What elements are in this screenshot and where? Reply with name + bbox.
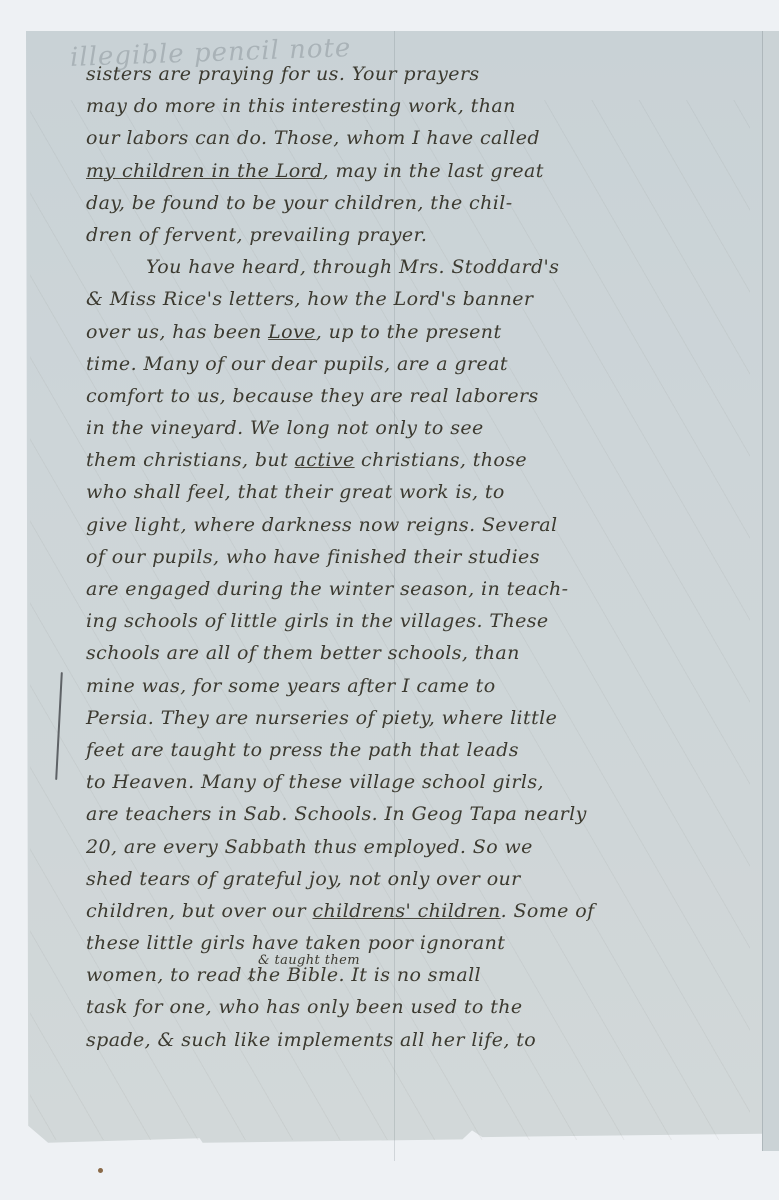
text-segment: , may in the last great: [323, 160, 544, 182]
text-line: who shall feel, that their great work is…: [86, 476, 746, 508]
text-segment: in the vineyard. We long not only to see: [86, 417, 484, 439]
text-segment: them christians, but: [86, 449, 295, 471]
text-segment: ing schools of little girls in the villa…: [86, 610, 549, 632]
text-line: these little girls have taken poor ignor…: [86, 927, 746, 959]
text-line: Persia. They are nurseries of piety, whe…: [86, 702, 746, 734]
text-segment: feet are taught to press the path that l…: [86, 739, 519, 761]
handwritten-text-body: sisters are praying for us. Your prayers…: [86, 58, 746, 1056]
underlined-text: Love: [268, 321, 316, 343]
text-segment: to Heaven. Many of these village school …: [86, 771, 544, 793]
text-segment: spade, & such like implements all her li…: [86, 1029, 536, 1051]
text-segment: sisters are praying for us. Your prayers: [86, 63, 480, 85]
text-line: children, but over our childrens' childr…: [86, 895, 746, 927]
text-line: day, be found to be your children, the c…: [86, 187, 746, 219]
underlined-text: childrens' children: [312, 900, 500, 922]
text-line: time. Many of our dear pupils, are a gre…: [86, 348, 746, 380]
text-line: our labors can do. Those, whom I have ca…: [86, 122, 746, 154]
text-segment: christians, those: [355, 449, 527, 471]
text-line: comfort to us, because they are real lab…: [86, 380, 746, 412]
text-line: 20, are every Sabbath thus employed. So …: [86, 831, 746, 863]
text-line: over us, has been Love, up to the presen…: [86, 316, 746, 348]
text-segment: schools are all of them better schools, …: [86, 642, 520, 664]
text-line: & Miss Rice's letters, how the Lord's ba…: [86, 283, 746, 315]
underlined-text: active: [295, 449, 355, 471]
text-line: mine was, for some years after I came to: [86, 670, 746, 702]
text-segment: shed tears of grateful joy, not only ove…: [86, 868, 521, 890]
text-segment: are engaged during the winter season, in…: [86, 578, 569, 600]
text-segment: comfort to us, because they are real lab…: [86, 385, 539, 407]
text-line: sisters are praying for us. Your prayers: [86, 58, 746, 90]
text-segment: time. Many of our dear pupils, are a gre…: [86, 353, 508, 375]
text-segment: over us, has been: [86, 321, 268, 343]
text-line: You have heard, through Mrs. Stoddard's: [86, 251, 746, 283]
text-line: spade, & such like implements all her li…: [86, 1024, 746, 1056]
text-line: in the vineyard. We long not only to see: [86, 412, 746, 444]
text-line: them christians, but active christians, …: [86, 444, 746, 476]
text-segment: who shall feel, that their great work is…: [86, 481, 505, 503]
text-segment: may do more in this interesting work, th…: [86, 95, 516, 117]
text-line: schools are all of them better schools, …: [86, 637, 746, 669]
text-segment: Persia. They are nurseries of piety, whe…: [86, 707, 557, 729]
text-line: dren of fervent, prevailing prayer.: [86, 219, 746, 251]
text-segment: & Miss Rice's letters, how the Lord's ba…: [86, 288, 533, 310]
text-segment: day, be found to be your children, the c…: [86, 192, 513, 214]
text-line: to Heaven. Many of these village school …: [86, 766, 746, 798]
text-segment: are teachers in Sab. Schools. In Geog Ta…: [86, 803, 587, 825]
adjacent-page-edge: [762, 31, 779, 1151]
text-line: may do more in this interesting work, th…: [86, 90, 746, 122]
text-line: are teachers in Sab. Schools. In Geog Ta…: [86, 798, 746, 830]
text-segment: dren of fervent, prevailing prayer.: [86, 224, 427, 246]
text-segment: You have heard, through Mrs. Stoddard's: [146, 256, 559, 278]
text-segment: give light, where darkness now reigns. S…: [86, 514, 557, 536]
text-segment: mine was, for some years after I came to: [86, 675, 496, 697]
text-segment: , up to the present: [316, 321, 502, 343]
underlined-text: my children in the Lord: [86, 160, 323, 182]
text-line: feet are taught to press the path that l…: [86, 734, 746, 766]
text-line: give light, where darkness now reigns. S…: [86, 509, 746, 541]
paper-stain: [98, 1168, 103, 1173]
text-line: women, to read the Bible. It is no small…: [86, 959, 746, 991]
interlinear-insertion: & taught them: [258, 945, 360, 977]
text-line: ing schools of little girls in the villa…: [86, 605, 746, 637]
caret-mark-icon: ^: [246, 965, 256, 997]
text-segment: task for one, who has only been used to …: [86, 996, 523, 1018]
text-line: of our pupils, who have finished their s…: [86, 541, 746, 573]
text-segment: . Some of: [501, 900, 595, 922]
text-line: are engaged during the winter season, in…: [86, 573, 746, 605]
text-segment: of our pupils, who have finished their s…: [86, 546, 540, 568]
text-line: shed tears of grateful joy, not only ove…: [86, 863, 746, 895]
text-line: task for one, who has only been used to …: [86, 991, 746, 1023]
text-segment: our labors can do. Those, whom I have ca…: [86, 127, 540, 149]
text-segment: children, but over our: [86, 900, 312, 922]
text-segment: 20, are every Sabbath thus employed. So …: [86, 836, 533, 858]
text-line: my children in the Lord, may in the last…: [86, 155, 746, 187]
